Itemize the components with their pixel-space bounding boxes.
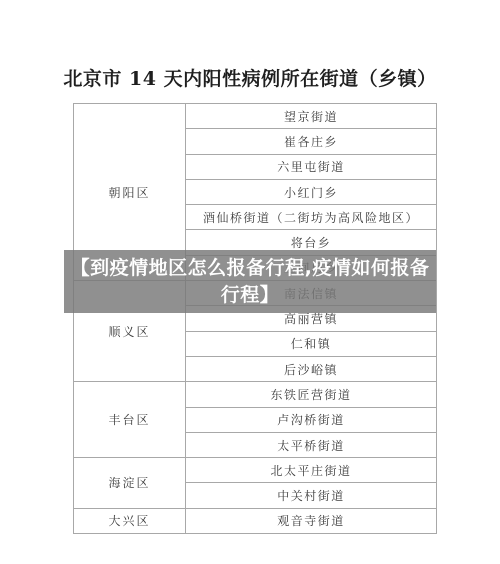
table-row: 大兴区 观音寺街道 [74,508,437,533]
overlay-headline: 【到疫情地区怎么报备行程,疫情如何报备行程】 [64,255,436,309]
street-cell: 仁和镇 [186,331,437,356]
street-cell: 后沙峪镇 [186,356,437,381]
street-cell: 卢沟桥街道 [186,407,437,432]
district-cell: 丰台区 [74,382,186,458]
street-cell: 崔各庄乡 [186,129,437,154]
positive-case-streets-table: 朝阳区 望京街道 崔各庄乡 六里屯街道 小红门乡 酒仙桥街道（二街坊为高风险地区… [73,103,437,534]
document-title: 北京市 14 天内阳性病例所在街道（乡镇） [0,64,500,91]
street-cell: 六里屯街道 [186,154,437,179]
street-cell: 望京街道 [186,104,437,129]
street-cell: 酒仙桥街道（二街坊为高风险地区） [186,205,437,230]
headline-overlay-banner: 【到疫情地区怎么报备行程,疫情如何报备行程】 [64,250,436,313]
district-cell: 海淀区 [74,458,186,509]
street-cell: 小红门乡 [186,179,437,204]
street-cell: 北太平庄街道 [186,458,437,483]
table-row: 朝阳区 望京街道 [74,104,437,129]
table-row: 丰台区 东铁匠营街道 [74,382,437,407]
street-cell: 太平桥街道 [186,432,437,457]
district-cell: 大兴区 [74,508,186,533]
table-row: 海淀区 北太平庄街道 [74,458,437,483]
street-cell: 中关村街道 [186,483,437,508]
street-cell: 东铁匠营街道 [186,382,437,407]
street-cell: 观音寺街道 [186,508,437,533]
